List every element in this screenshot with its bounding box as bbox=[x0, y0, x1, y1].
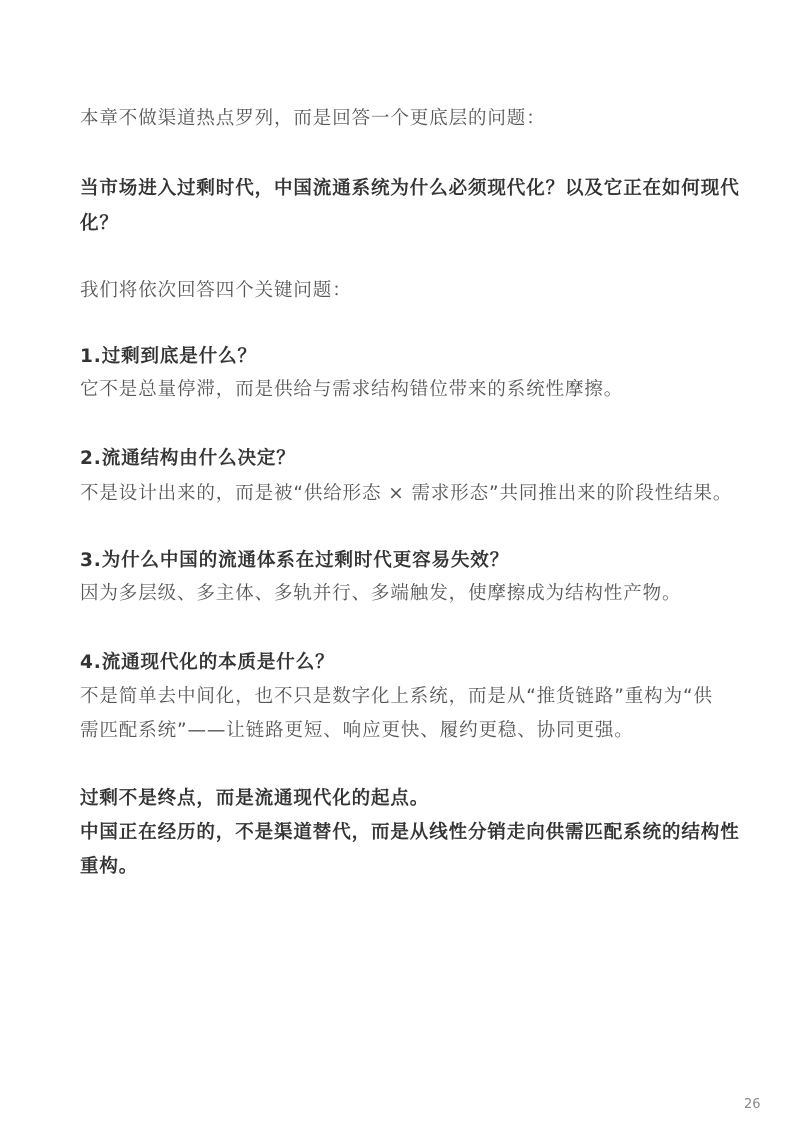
intro-paragraph: 本章不做渠道热点罗列，而是回答一个更底层的问题： bbox=[80, 107, 546, 131]
question-title: 1.过剩到底是什么？ bbox=[80, 345, 257, 369]
conclusion-line-3: 重构。 bbox=[80, 855, 138, 879]
question-answer: 不是设计出来的，而是被“供给形态 × 需求形态”共同推出来的阶段性结果。 bbox=[80, 482, 732, 506]
question-title: 4.流通现代化的本质是什么？ bbox=[80, 651, 335, 675]
question-answer: 它不是总量停滞，而是供给与需求结构错位带来的系统性摩擦。 bbox=[80, 378, 623, 402]
question-title: 3.为什么中国的流通体系在过剩时代更容易失效？ bbox=[80, 549, 509, 573]
conclusion-line-2: 中国正在经历的，不是渠道替代，而是从线性分销走向供需匹配系统的结构性 bbox=[80, 821, 740, 845]
page-number: 26 bbox=[744, 1097, 761, 1112]
question-title: 2.流通结构由什么决定？ bbox=[80, 447, 296, 471]
question-answer-line-2: 需匹配系统”——让链路更短、响应更快、履约更稳、协同更强。 bbox=[80, 719, 634, 743]
lead-in-paragraph: 我们将依次回答四个关键问题： bbox=[80, 279, 352, 303]
core-question-line-1: 当市场进入过剩时代，中国流通系统为什么必须现代化？以及它正在如何现代 bbox=[80, 177, 740, 201]
question-answer: 因为多层级、多主体、多轨并行、多端触发，使摩擦成为结构性产物。 bbox=[80, 582, 681, 606]
core-question-line-2: 化？ bbox=[80, 212, 119, 236]
question-answer-line-1: 不是简单去中间化，也不只是数字化上系统，而是从“推货链路”重构为“供 bbox=[80, 685, 713, 709]
conclusion-line-1: 过剩不是终点，而是流通现代化的起点。 bbox=[80, 787, 429, 811]
